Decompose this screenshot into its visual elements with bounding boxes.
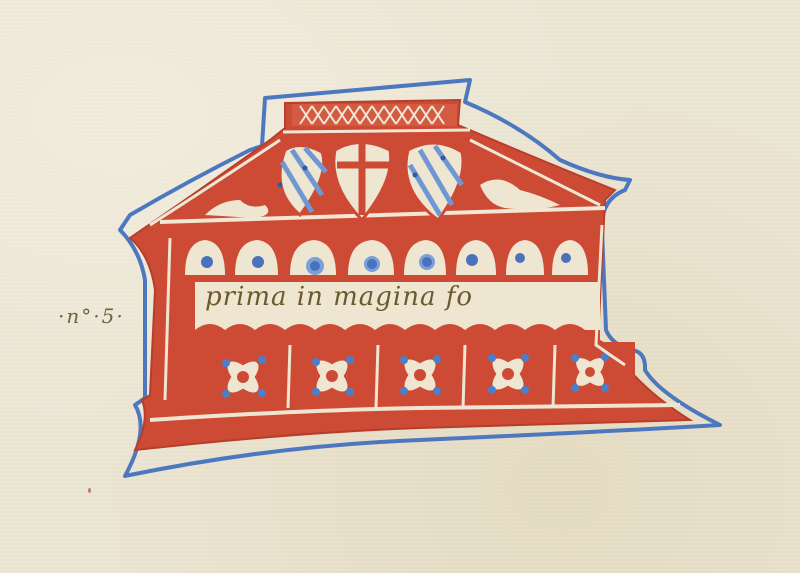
inscription-text: prima in magina fo: [205, 282, 473, 312]
quatrefoil-band: [195, 342, 635, 410]
arcade-band: [155, 232, 600, 282]
ink-speck: [88, 488, 91, 493]
margin-note: ·n°·5·: [58, 304, 125, 328]
manuscript-page: prima in magina fo ·n°·5·: [0, 0, 800, 573]
